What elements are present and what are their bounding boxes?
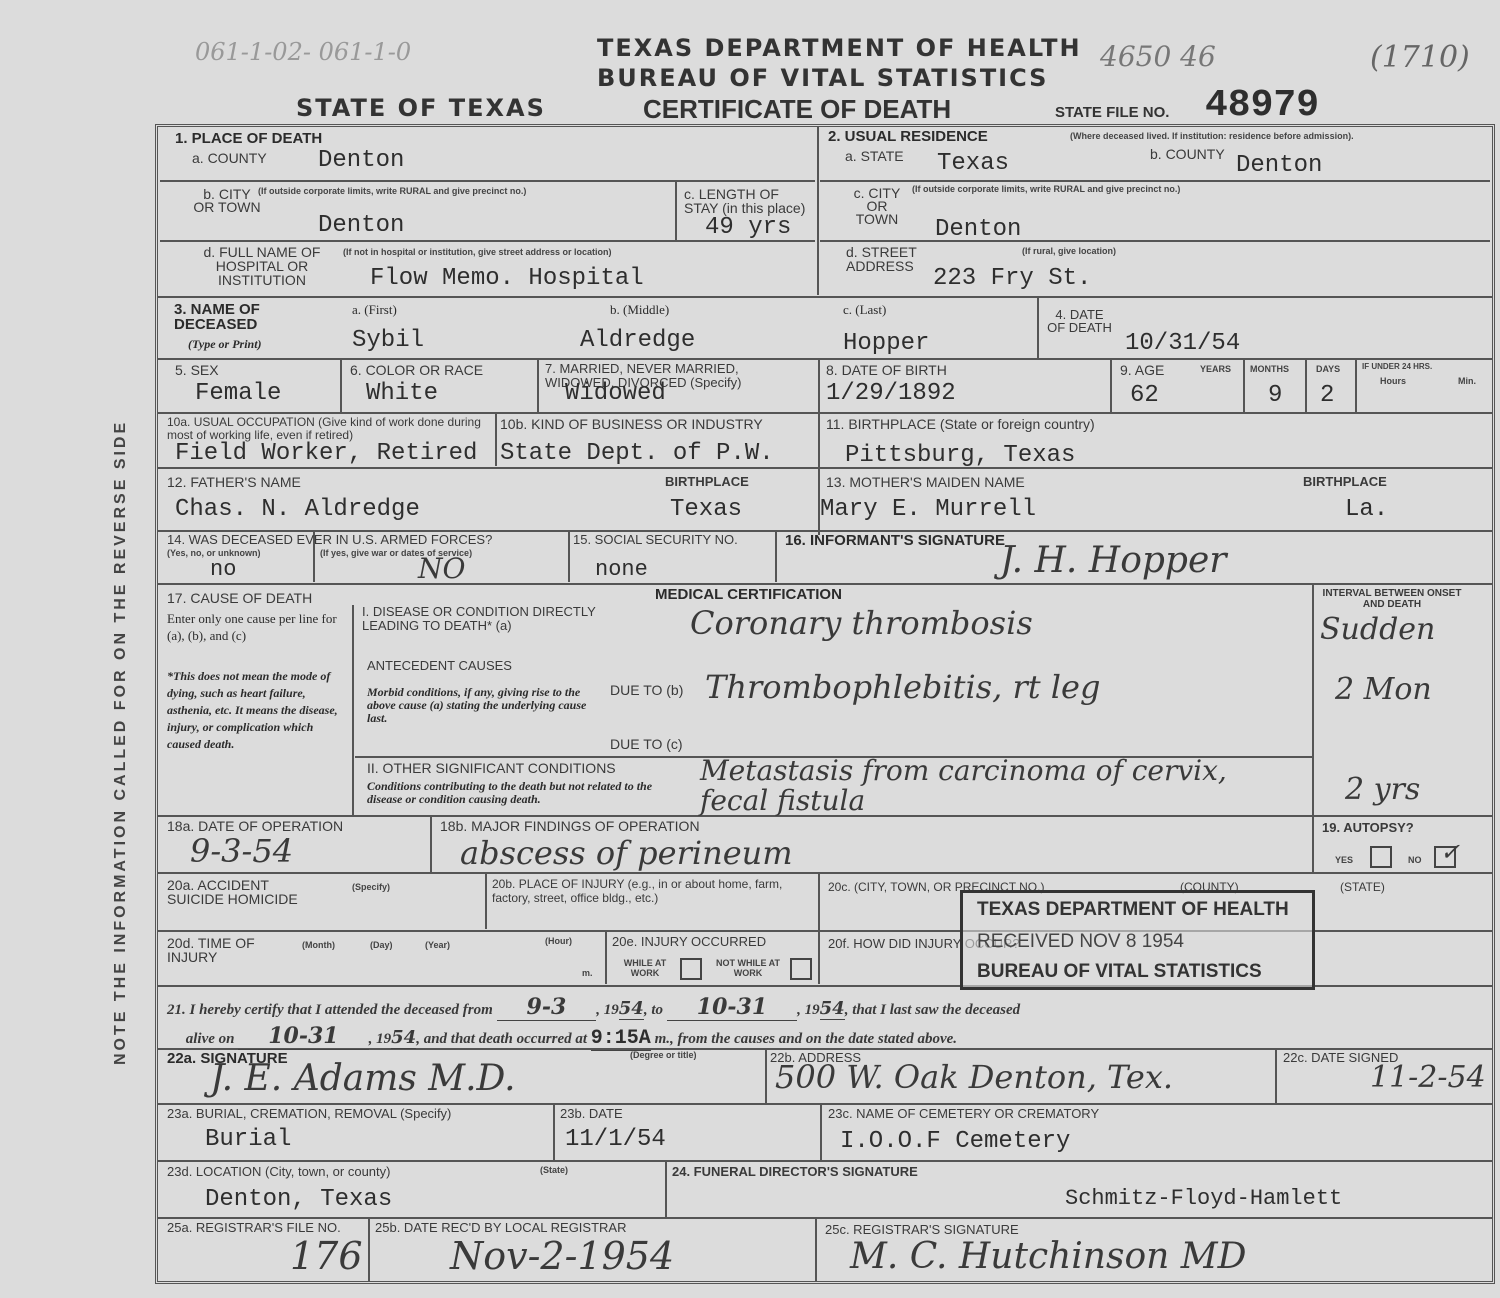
local-registrar-date-label: 25b. DATE REC'D BY LOCAL REGISTRAR	[375, 1220, 626, 1235]
handwritten-code: (1710)	[1370, 40, 1470, 75]
date-of-death-label: 4. DATE OF DEATH	[1047, 308, 1112, 334]
mother-birthplace[interactable]: La.	[1345, 496, 1388, 523]
cause-of-death-label: 17. CAUSE OF DEATH	[167, 590, 312, 606]
month-label: (Month)	[302, 940, 335, 950]
cause-instructions: Enter only one cause per line for (a), (…	[167, 610, 342, 644]
cause-note: *This does not mean the mode of dying, s…	[167, 668, 342, 753]
operation-date[interactable]: 9-3-54	[190, 832, 293, 870]
birthplace-label: 11. BIRTHPLACE (State or foreign country…	[826, 416, 1095, 432]
state-file-number: 48979	[1205, 84, 1319, 127]
street-note: (If rural, give location)	[1022, 246, 1116, 256]
informant-signature[interactable]: J. H. Hopper	[1000, 540, 1226, 581]
armed-forces-label: 14. WAS DECEASED EVER IN U.S. ARMED FORC…	[167, 532, 492, 547]
alive-on-year[interactable]: 54	[391, 1027, 416, 1049]
certify-text-3: and that death occurred at	[424, 1031, 587, 1047]
business[interactable]: State Dept. of P.W.	[500, 440, 774, 467]
alive-on-label: alive on	[186, 1031, 235, 1047]
death-city[interactable]: Denton	[318, 212, 404, 239]
burial-location-label: 23d. LOCATION (City, town, or county)	[167, 1164, 390, 1179]
received-stamp: TEXAS DEPARTMENT OF HEALTH RECEIVED NOV …	[960, 890, 1315, 990]
residence-label: 2. USUAL RESIDENCE	[828, 128, 988, 145]
age-days[interactable]: 2	[1320, 382, 1334, 409]
certificate-title: CERTIFICATE OF DEATH	[643, 94, 951, 125]
residence-state[interactable]: Texas	[937, 150, 1009, 177]
residence-note: (Where deceased lived. If institution: r…	[1070, 131, 1450, 141]
date-of-death[interactable]: 10/31/54	[1125, 330, 1240, 357]
residence-state-label: a. STATE	[845, 148, 904, 164]
middle-name[interactable]: Aldredge	[580, 327, 695, 354]
antecedent-label: ANTECEDENT CAUSES	[367, 658, 512, 673]
hospital-label: d. FULL NAME OF HOSPITAL OR INSTITUTION	[192, 245, 332, 287]
time-of-injury-label: 20d. TIME OF INJURY	[167, 936, 267, 964]
certify-text-4: m., from the causes and on the date stat…	[655, 1031, 958, 1047]
am-pm-label: m.	[582, 968, 593, 978]
medical-certification-heading: MEDICAL CERTIFICATION	[655, 586, 842, 603]
not-at-work-label: NOT WHILE AT WORK	[708, 958, 788, 978]
at-work-checkbox[interactable]	[680, 958, 702, 980]
burial-location[interactable]: Denton, Texas	[205, 1186, 392, 1213]
due-to-b[interactable]: Thrombophlebitis, rt leg	[705, 668, 1100, 706]
age-years[interactable]: 62	[1130, 382, 1159, 409]
attended-from[interactable]: 9-3	[497, 994, 597, 1021]
hospital-note: (If not in hospital or institution, give…	[343, 247, 612, 257]
cemetery-label: 23c. NAME OF CEMETERY OR CREMATORY	[828, 1106, 1099, 1121]
other-conditions-note: Conditions contributing to the death but…	[367, 780, 687, 806]
residence-city-note: (If outside corporate limits, write RURA…	[912, 184, 1180, 194]
last-name[interactable]: Hopper	[843, 330, 929, 357]
business-label: 10b. KIND OF BUSINESS OR INDUSTRY	[500, 416, 763, 432]
father-birthplace-label: BIRTHPLACE	[665, 474, 749, 489]
stamp-line-3: BUREAU OF VITAL STATISTICS	[977, 961, 1262, 983]
other-interval[interactable]: 2 yrs	[1345, 772, 1420, 807]
mother-birthplace-label: BIRTHPLACE	[1303, 474, 1387, 489]
length-of-stay[interactable]: 49 yrs	[705, 214, 791, 241]
marital-status[interactable]: Widowed	[565, 380, 666, 407]
dob-label: 8. DATE OF BIRTH	[826, 362, 947, 378]
interval-label: INTERVAL BETWEEN ONSET AND DEATH	[1322, 588, 1462, 610]
at-work-label: WHILE AT WORK	[612, 958, 678, 978]
length-of-stay-label: c. LENGTH OF STAY (in this place)	[684, 187, 812, 215]
accident-specify: (Specify)	[352, 882, 390, 892]
burial-method-label: 23a. BURIAL, CREMATION, REMOVAL (Specify…	[167, 1106, 451, 1121]
injury-state-label: (STATE)	[1340, 880, 1385, 894]
occupation[interactable]: Field Worker, Retired	[175, 440, 477, 467]
direct-cause[interactable]: Coronary thrombosis	[690, 604, 1033, 642]
autopsy-label: 19. AUTOPSY?	[1322, 820, 1414, 835]
attended-to[interactable]: 10-31	[667, 994, 797, 1021]
to-label: to	[651, 1002, 663, 1018]
handwritten-reference-right: 4650 46	[1100, 40, 1216, 73]
minutes-label: Min.	[1458, 376, 1476, 386]
date-of-birth[interactable]: 1/29/1892	[826, 380, 956, 407]
street-address-label: d. STREET ADDRESS	[846, 245, 931, 273]
autopsy-yes-checkbox[interactable]	[1370, 846, 1392, 868]
ssn-label: 15. SOCIAL SECURITY NO.	[573, 532, 738, 547]
reverse-side-note: NOTE THE INFORMATION CALLED FOR ON THE R…	[112, 420, 130, 1065]
age-label: 9. AGE	[1120, 362, 1164, 378]
date-signed[interactable]: 11-2-54	[1370, 1060, 1486, 1095]
hospital-name[interactable]: Flow Memo. Hospital	[370, 265, 644, 292]
direct-interval[interactable]: Sudden	[1320, 612, 1435, 647]
age-months[interactable]: 9	[1268, 382, 1282, 409]
stamp-line-2: RECEIVED NOV 8 1954	[977, 931, 1184, 953]
attended-to-year[interactable]: 54	[820, 998, 845, 1020]
not-at-work-checkbox[interactable]	[790, 958, 812, 980]
years-label: YEARS	[1200, 364, 1231, 374]
day-label: (Day)	[370, 940, 393, 950]
injury-occurred-label: 20e. INJURY OCCURRED	[612, 934, 766, 949]
residence-county-label: b. COUNTY	[1150, 146, 1225, 162]
informant-label: 16. INFORMANT'S SIGNATURE	[785, 532, 1005, 549]
other-conditions-label: II. OTHER SIGNIFICANT CONDITIONS	[367, 760, 616, 776]
place-of-injury-label: 20b. PLACE OF INJURY (e.g., in or about …	[492, 877, 802, 905]
death-county[interactable]: Denton	[318, 147, 404, 174]
residence-city-label: c. CITY OR TOWN	[846, 187, 908, 226]
mother-name[interactable]: Mary E. Murrell	[820, 496, 1036, 523]
type-or-print-note: (Type or Print)	[188, 337, 262, 352]
time-of-death[interactable]: 9:15A	[591, 1027, 651, 1051]
due-to-b-interval[interactable]: 2 Mon	[1335, 672, 1432, 707]
armed-forces[interactable]: no	[210, 557, 236, 582]
due-to-c-label: DUE TO (c)	[610, 736, 683, 752]
sex-label: 5. SEX	[175, 362, 219, 378]
occupation-label: 10a. USUAL OCCUPATION (Give kind of work…	[167, 416, 492, 442]
state-title: STATE OF TEXAS	[296, 94, 546, 122]
residence-city[interactable]: Denton	[935, 216, 1021, 243]
direct-cause-label: I. DISEASE OR CONDITION DIRECTLY LEADING…	[362, 605, 632, 633]
social-security-number[interactable]: none	[595, 557, 648, 582]
operation-findings[interactable]: abscess of perineum	[460, 834, 793, 872]
cemetery-name[interactable]: I.O.O.F Cemetery	[840, 1128, 1070, 1155]
physician-signature[interactable]: J. E. Adams M.D.	[210, 1058, 516, 1099]
certify-text-2: that I last saw the deceased	[852, 1002, 1020, 1018]
under-24-hours-label: IF UNDER 24 HRS.	[1362, 362, 1432, 371]
city-note: (If outside corporate limits, write RURA…	[258, 186, 668, 196]
burial-method[interactable]: Burial	[205, 1126, 291, 1153]
other-conditions[interactable]: Metastasis from carcinoma of cervix, fec…	[700, 756, 1300, 816]
street-address[interactable]: 223 Fry St.	[933, 265, 1091, 292]
certify-text-1: 21. I hereby certify that I attended the…	[167, 1002, 493, 1018]
year-label: (Year)	[425, 940, 450, 950]
registrar-signature-label: 25c. REGISTRAR'S SIGNATURE	[825, 1222, 1019, 1237]
war-service[interactable]: NO	[418, 552, 465, 585]
registrar-file-label: 25a. REGISTRAR'S FILE NO.	[167, 1220, 341, 1235]
burial-state-label: (State)	[540, 1165, 568, 1175]
state-file-label: STATE FILE NO.	[1055, 104, 1169, 121]
bureau-title: BUREAU OF VITAL STATISTICS	[597, 64, 1048, 92]
handwritten-reference-left: 061-1-02- 061-1-0	[195, 38, 411, 66]
place-of-death-label: 1. PLACE OF DEATH	[175, 130, 322, 147]
residence-county[interactable]: Denton	[1236, 152, 1322, 179]
race-value[interactable]: White	[366, 380, 438, 407]
city-label: b. CITY OR TOWN	[192, 188, 262, 214]
birthplace[interactable]: Pittsburg, Texas	[845, 442, 1075, 469]
first-name-label: a. (First)	[352, 302, 397, 318]
days-label: DAYS	[1316, 364, 1340, 374]
registrar-signature[interactable]: M. C. Hutchinson MD	[850, 1236, 1247, 1277]
accident-label: 20a. ACCIDENT SUICIDE HOMICIDE	[167, 878, 317, 906]
funeral-director[interactable]: Schmitz-Floyd-Hamlett	[1065, 1186, 1342, 1211]
attended-from-year[interactable]: 54	[619, 998, 644, 1020]
department-title: TEXAS DEPARTMENT OF HEALTH	[597, 34, 1082, 62]
deceased-name-label: 3. NAME OF DECEASED	[174, 302, 304, 332]
hours-label: Hours	[1380, 376, 1406, 386]
mother-name-label: 13. MOTHER'S MAIDEN NAME	[826, 474, 1025, 490]
local-registrar-date[interactable]: Nov-2-1954	[450, 1234, 674, 1278]
funeral-director-label: 24. FUNERAL DIRECTOR'S SIGNATURE	[672, 1164, 918, 1179]
burial-date[interactable]: 11/1/54	[565, 1126, 666, 1153]
months-label: MONTHS	[1250, 364, 1289, 374]
first-name[interactable]: Sybil	[352, 327, 424, 354]
race-label: 6. COLOR OR RACE	[350, 362, 483, 378]
burial-date-label: 23b. DATE	[560, 1106, 623, 1121]
physician-address[interactable]: 500 W. Oak Denton, Tex.	[775, 1058, 1173, 1096]
father-name-label: 12. FATHER'S NAME	[167, 474, 301, 490]
due-to-b-label: DUE TO (b)	[610, 682, 683, 698]
stamp-line-1: TEXAS DEPARTMENT OF HEALTH	[977, 899, 1289, 921]
county-label: a. COUNTY	[192, 150, 267, 166]
operation-findings-label: 18b. MAJOR FINDINGS OF OPERATION	[440, 818, 700, 834]
hour-label: (Hour)	[545, 936, 572, 946]
father-birthplace[interactable]: Texas	[670, 496, 742, 523]
middle-name-label: b. (Middle)	[610, 302, 669, 318]
last-name-label: c. (Last)	[843, 302, 886, 318]
autopsy-no-label: NO	[1408, 855, 1422, 865]
father-name[interactable]: Chas. N. Aldredge	[175, 496, 420, 523]
sex-value[interactable]: Female	[195, 380, 281, 407]
registrar-file-number[interactable]: 176	[290, 1234, 363, 1278]
degree-label: (Degree or title)	[630, 1050, 697, 1060]
autopsy-no-checkmark: ✓	[1440, 838, 1460, 866]
alive-on-date[interactable]: 10-31	[238, 1023, 368, 1050]
attending-certification: 21. I hereby certify that I attended the…	[167, 994, 1467, 1052]
autopsy-yes-label: YES	[1335, 855, 1353, 865]
antecedent-note: Morbid conditions, if any, giving rise t…	[367, 686, 607, 725]
